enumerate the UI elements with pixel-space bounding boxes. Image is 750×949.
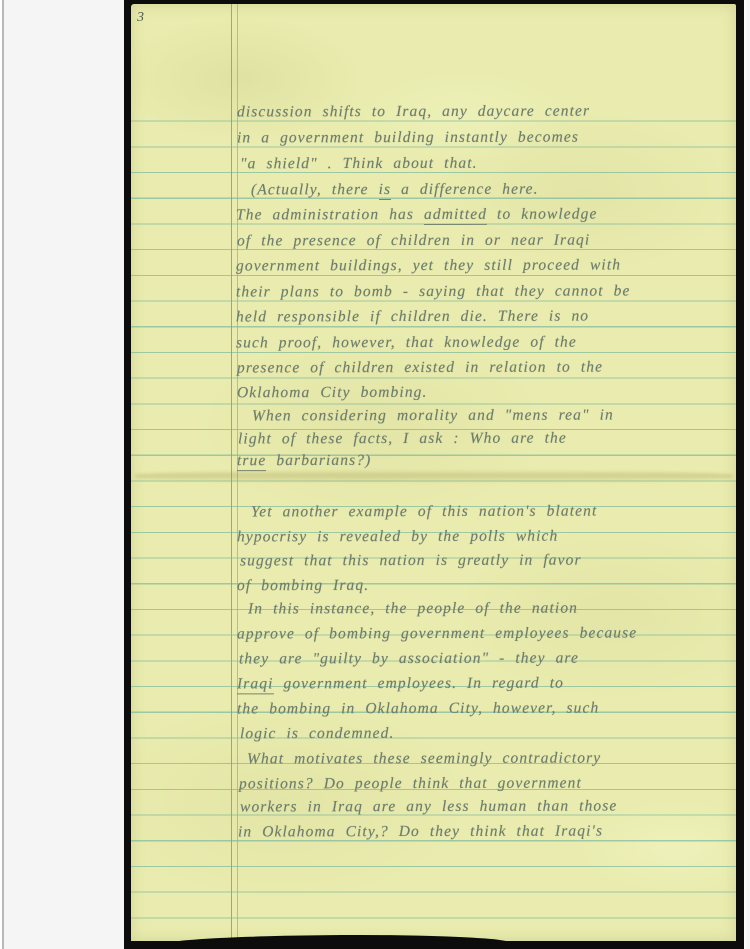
red-margin-line bbox=[231, 4, 238, 941]
scanned-document-viewer: 3 discussion shifts to Iraq, any daycare… bbox=[0, 0, 750, 949]
paper-crease bbox=[135, 470, 733, 483]
ruled-lines bbox=[131, 96, 736, 941]
paper-bottom-edge bbox=[161, 935, 511, 947]
viewer-gutter-right bbox=[744, 0, 750, 949]
viewer-gutter-left bbox=[0, 0, 126, 949]
notepad-page: 3 bbox=[131, 4, 736, 941]
page-number: 3 bbox=[137, 10, 145, 26]
